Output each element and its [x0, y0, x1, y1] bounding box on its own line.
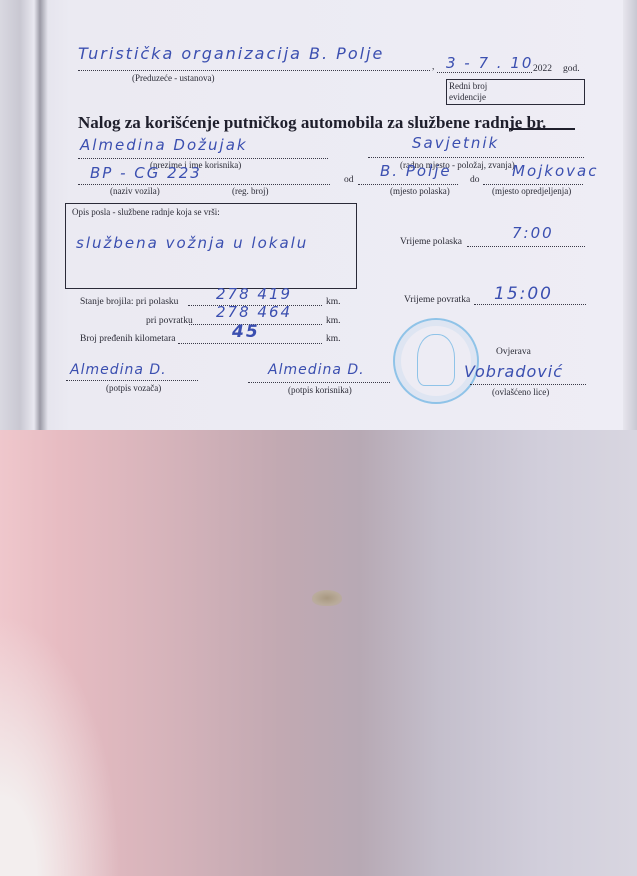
odometer-departure-label: Stanje brojila: pri polasku	[80, 297, 178, 307]
position-dotted-line	[368, 157, 584, 158]
vehicle-dotted-line	[78, 184, 330, 185]
date-suffix: god.	[563, 64, 580, 74]
job-description-value: službena vožnja u lokalu	[76, 234, 308, 252]
paper-stain	[312, 590, 342, 606]
vehicle-reg-label: (reg. broj)	[232, 186, 268, 196]
odometer-distance-dotted-line	[178, 343, 322, 344]
stamp-emblem-icon	[417, 334, 455, 386]
job-description-box: Opis posla - službene radnje koja se vrš…	[65, 203, 357, 289]
vehicle-name-label: (naziv vozila)	[110, 186, 160, 196]
organization-label: (Preduzeće - ustanova)	[132, 73, 214, 83]
date-comma: ,	[432, 62, 434, 72]
form-title: Nalog za korišćenje putničkog automobila…	[78, 113, 546, 133]
route-from-value: B. Polje	[380, 162, 452, 180]
certification-dotted-line	[470, 384, 586, 385]
odometer-distance-value: 45	[232, 322, 260, 342]
odometer-return-value: 278 464	[216, 303, 292, 321]
odometer-return-label: pri povratku	[146, 316, 193, 326]
user-signature: Almedina D.	[268, 362, 365, 378]
route-to-label: (mjesto opredjeljenja)	[492, 186, 571, 196]
user-name-dotted-line	[78, 158, 328, 159]
organization-value: Turistička organizacija B. Polje	[78, 44, 384, 63]
job-description-label: Opis posla - službene radnje koja se vrš…	[72, 207, 220, 217]
organization-dotted-line	[78, 70, 430, 71]
driver-signature: Almedina D.	[70, 362, 167, 378]
route-to-dotted-line	[483, 184, 583, 185]
odometer-departure-value: 278 419	[216, 285, 292, 303]
user-name-value: Almedina Dožujak	[80, 136, 248, 154]
odometer-departure-unit: km.	[326, 297, 341, 307]
date-year: 2022	[533, 64, 552, 74]
odometer-distance-unit: km.	[326, 334, 341, 344]
return-time-label: Vrijeme povratka	[404, 295, 470, 305]
departure-time-label: Vrijeme polaska	[400, 237, 462, 247]
official-stamp-icon	[393, 318, 479, 404]
driver-signature-label: (potpis vozača)	[106, 383, 161, 393]
odometer-distance-label: Broj pređenih kilometara	[80, 334, 176, 344]
route-to-prefix: do	[470, 175, 480, 185]
date-value: 3 - 7 . 10	[446, 54, 533, 72]
certification-signer-label: (ovlašćeno lice)	[492, 387, 549, 397]
return-time-dotted-line	[474, 304, 586, 305]
route-from-label: (mjesto polaska)	[390, 186, 450, 196]
odometer-return-unit: km.	[326, 316, 341, 326]
record-number-label-2: evidencije	[449, 92, 486, 102]
user-signature-dotted-line	[248, 382, 390, 383]
vehicle-value: BP - CG 223	[90, 164, 202, 182]
route-from-dotted-line	[358, 184, 458, 185]
certification-signature: Vobradović	[464, 362, 563, 381]
date-dotted-line	[437, 72, 532, 73]
form-number-line	[509, 128, 575, 130]
return-time-value: 15:00	[494, 284, 553, 304]
route-from-prefix: od	[344, 175, 354, 185]
certification-label: Ovjerava	[496, 347, 531, 357]
route-to-value: Mojkovac	[512, 162, 598, 180]
user-signature-label: (potpis korisnika)	[288, 385, 352, 395]
departure-time-value: 7:00	[512, 224, 554, 242]
blank-back-page	[0, 430, 637, 876]
position-value: Savjetnik	[412, 134, 499, 152]
driver-signature-dotted-line	[66, 380, 198, 381]
record-number-box: Redni broj evidencije	[446, 79, 585, 105]
record-number-label-1: Redni broj	[449, 81, 487, 91]
departure-time-dotted-line	[467, 246, 585, 247]
